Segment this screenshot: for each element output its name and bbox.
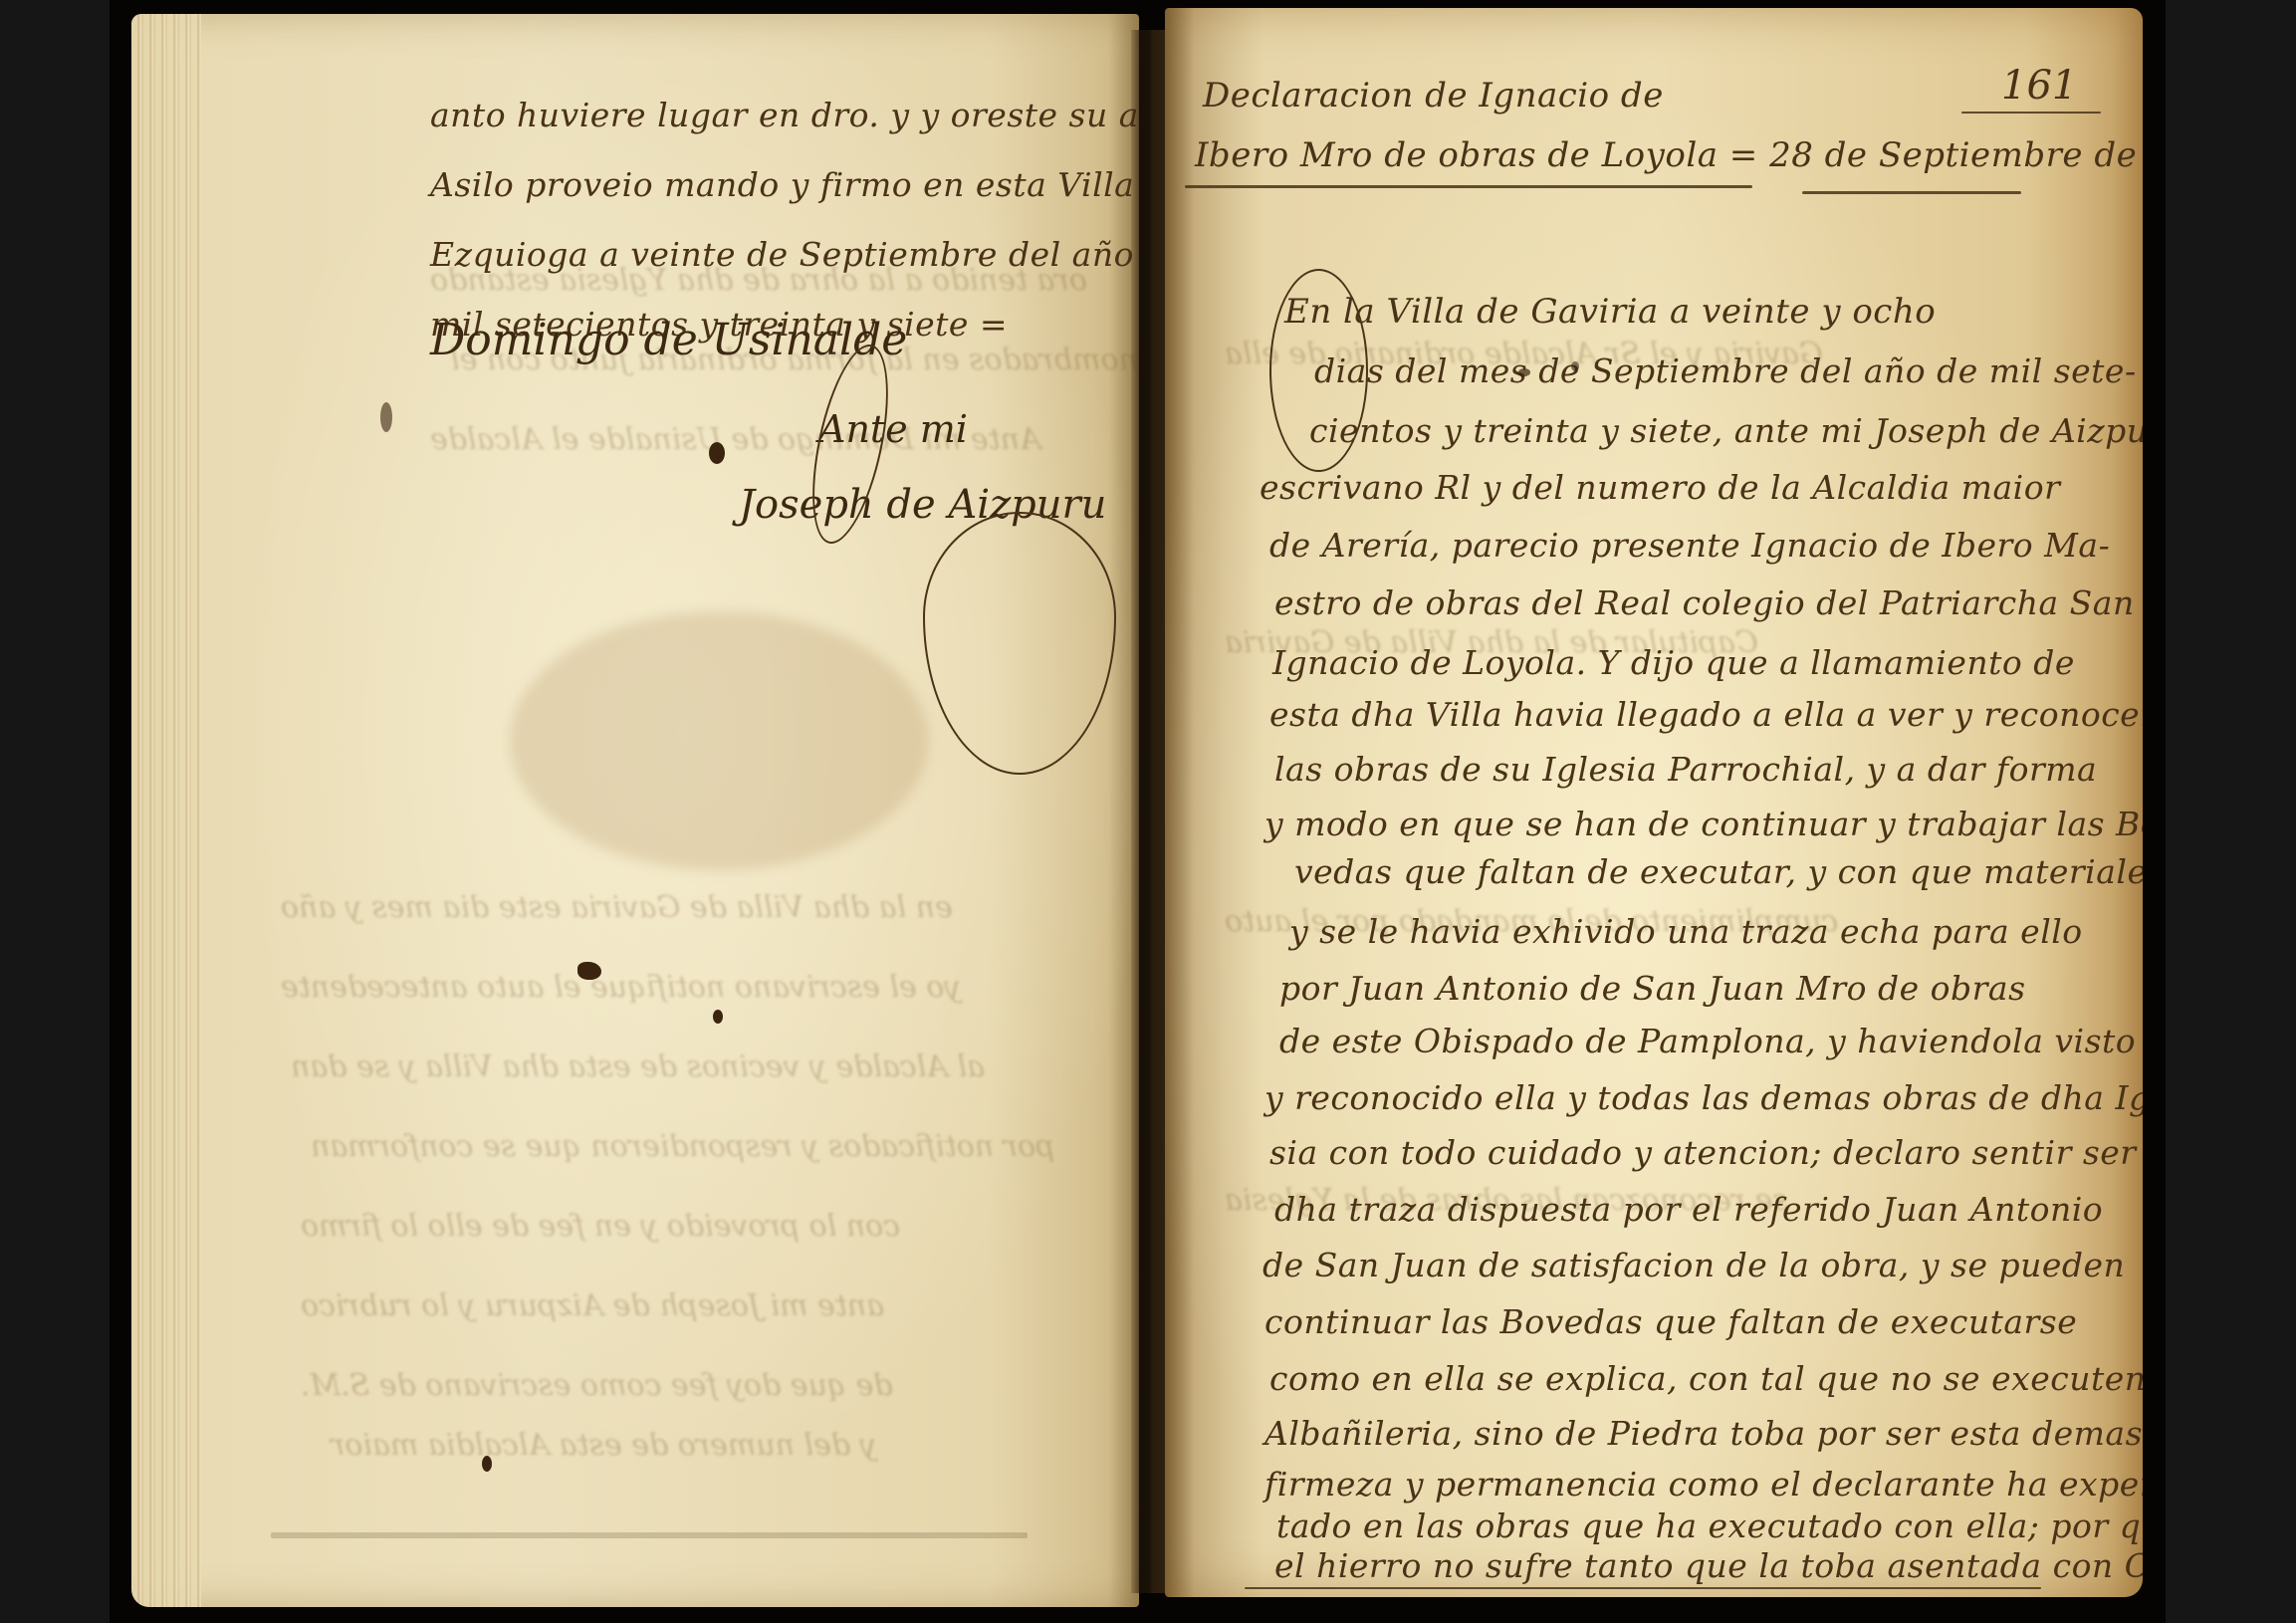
text-line: y se le havia exhivido una traza echa pa…: [1289, 912, 2083, 951]
text-line: Albañileria, sino de Piedra toba por ser…: [1264, 1414, 2143, 1453]
text-line: En la Villa de Gaviria a veinte y ocho: [1284, 292, 1936, 332]
text-line: estro de obras del Real colegio del Patr…: [1274, 583, 2135, 622]
text-line: Ignacio de Loyola. Y dijo que a llamamie…: [1272, 643, 2075, 682]
header-line: Declaracion de Ignacio de: [1203, 76, 1664, 116]
text-line: firmeza y permanencia como el declarante…: [1264, 1465, 2143, 1504]
ink-blot: [482, 1456, 492, 1472]
bleed-through-text: yo el escrivano notifique el auto antece…: [281, 970, 961, 1005]
paper-stain: [510, 611, 928, 870]
bleed-through-text: con lo proveido y en fee de ello lo firm…: [301, 1209, 900, 1244]
text-line: y modo en que se han de continuar y trab…: [1264, 805, 2143, 843]
text-line: escrivano Rl y del numero de la Alcaldia…: [1260, 468, 2060, 507]
header-line: Ibero Mro de obras de Loyola = 28 de Sep…: [1195, 135, 2143, 175]
text-line: Asilo proveio mando y firmo en esta Vill…: [430, 165, 1139, 204]
text-line: por Juan Antonio de San Juan Mro de obra…: [1279, 969, 2026, 1008]
text-line: el hierro no sufre tanto que la toba ase…: [1274, 1546, 2143, 1585]
ink-blot: [380, 402, 392, 432]
text-line: continuar las Bovedas que faltan de exec…: [1264, 1302, 2077, 1341]
bleed-through-rule: [271, 1532, 1028, 1538]
text-line: de San Juan de satisfacion de la obra, y…: [1263, 1246, 2125, 1284]
bleed-through-text: en la dha Villa de Gaviria este dia mes …: [281, 890, 953, 925]
signature-rubric-flourish: [923, 512, 1116, 775]
text-line: de este Obispado de Pamplona, y haviendo…: [1279, 1022, 2136, 1060]
text-line: tado en las obras que ha executado con e…: [1276, 1507, 2143, 1545]
closing-rule: [1245, 1587, 2041, 1589]
ink-blot: [577, 962, 601, 980]
signature-domingo-de-usinalde: Domingo de Usinalde: [430, 315, 907, 365]
folio-number: 161: [2001, 63, 2077, 109]
bleed-through-text: de que doy fee como escrivano de S.M.: [301, 1368, 893, 1403]
right-page: Gaviria y el Sr Alcalde ordinario de ell…: [1165, 8, 2143, 1597]
ink-blot: [709, 442, 725, 464]
text-line: cientos y treinta y siete, ante mi Josep…: [1309, 411, 2143, 450]
ink-blot: [1518, 368, 1530, 376]
folio-underline: [1961, 112, 2101, 114]
bleed-through-text: al Alcalde y vecinos de esta dha Villa y…: [291, 1049, 985, 1084]
bleed-through-text: por notificados y respondieron que se co…: [311, 1129, 1054, 1164]
text-line: y reconocido ella y todas las demas obra…: [1264, 1078, 2143, 1117]
bleed-through-text: ante mi Joseph de Aizpuru y lo rubrico: [301, 1288, 884, 1323]
ink-blot: [1571, 361, 1579, 371]
text-line: dias del mes de Septiembre del año de mi…: [1314, 351, 2137, 390]
text-line: las obras de su Iglesia Parrochial, y a …: [1274, 750, 2097, 789]
bleed-through-text: y del numero de esta Alcaldia maior: [331, 1428, 877, 1463]
text-line: anto huviere lugar en dro. y y oreste su…: [430, 96, 1139, 134]
ink-blot: [713, 1010, 723, 1024]
text-line: vedas que faltan de executar, y con que …: [1294, 852, 2143, 891]
header-underline: [1802, 191, 2021, 194]
header-underline: [1185, 185, 1752, 188]
text-line: dha traza dispuesta por el referido Juan…: [1274, 1190, 2103, 1229]
text-line: como en ella se explica, con tal que no …: [1269, 1359, 2143, 1398]
page-stack-edge: [131, 14, 201, 1607]
text-line: sia con todo cuidado y atencion; declaro…: [1269, 1133, 2143, 1172]
text-line: Ezquioga a veinte de Septiembre del año …: [430, 235, 1139, 274]
text-line: esta dha Villa havia llegado a ella a ve…: [1269, 695, 2143, 734]
left-page: ora tenido a la ohra de dha Yglesia esta…: [131, 14, 1139, 1607]
text-line: de Arería, parecio presente Ignacio de I…: [1269, 526, 2110, 565]
